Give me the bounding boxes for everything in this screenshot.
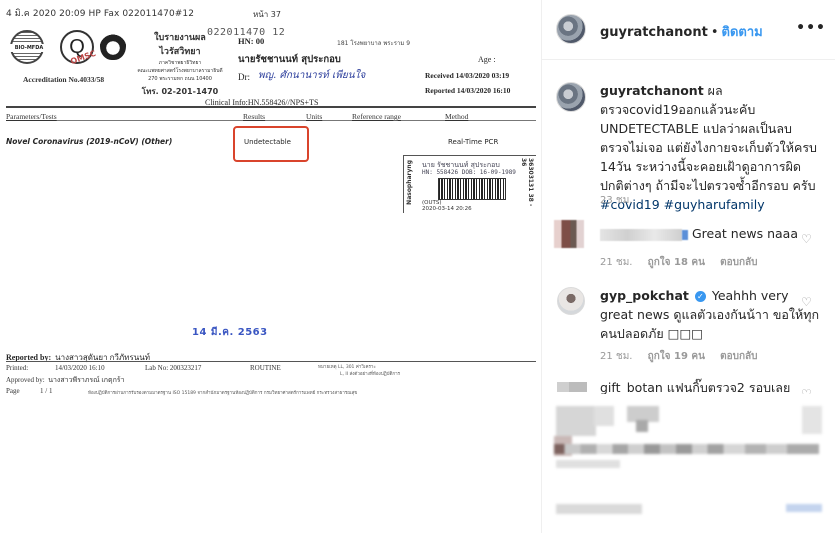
comment-3-avatar-blurred[interactable]: [557, 382, 587, 392]
comment-1-time[interactable]: 21 ชม.: [600, 257, 632, 268]
ward-label: 181 โรงพยาบาล พระราม 9: [337, 38, 410, 48]
header-units: Units: [306, 112, 322, 121]
separator-dot: •: [711, 25, 719, 40]
comment-1-likes[interactable]: ถูกใจ 18 คน: [648, 257, 705, 268]
header-method: Method: [445, 112, 468, 121]
bio-mfda-logo-icon: BIO-MFDA: [10, 30, 44, 64]
result-highlight-box: [233, 126, 309, 162]
reported-by: Reported by: นางสาวสุดันยา กวีภัทรนนท์: [6, 351, 150, 364]
doctor-handwritten-name: พญ. ศักนานารท์ เพียนใจ: [258, 68, 365, 83]
page-label: หน้า 37: [253, 8, 281, 21]
lab-report-image: 4 มิ.ค 2020 20:09 HP Fax 022011470#12 หน…: [0, 0, 540, 533]
comment-1: Great news naaa: [600, 224, 820, 243]
age-label: Age :: [478, 55, 496, 64]
reported-datetime: Reported 14/03/2020 16:10: [425, 86, 510, 95]
printed-label: Printed:: [6, 364, 28, 372]
routine-label: ROUTINE: [250, 364, 281, 372]
sticker-code: 36303131 38 - 36: [520, 158, 534, 213]
comment-1-meta: 21 ชม. ถูกใจ 18 คน ตอบกลับ: [600, 255, 770, 270]
author-username[interactable]: guyratchanont: [600, 25, 708, 40]
barcode-icon: [438, 178, 506, 200]
org-line: คณะแพทยศาสตร์โรงพยาบาลรามาธิบดี: [120, 67, 240, 75]
comment-2-reply-button[interactable]: ตอบกลับ: [720, 351, 757, 362]
specimen-sticker: Nasopharyng นาย รัชชานนท์ สุประกอบ HN: 5…: [403, 155, 536, 213]
accreditation-number: Accreditation No.4033/58: [23, 75, 104, 84]
comment-3: gift_botan แฟนกิ๊บตรวจ2 รอบเลย: [600, 378, 820, 394]
page-count: 1 / 1: [40, 387, 52, 395]
page-footer-label: Page: [6, 387, 20, 395]
comment-2-meta: 21 ชม. ถูกใจ 19 คน ตอบกลับ: [600, 349, 770, 364]
org-line: ภาควิชาพยาธิวิทยา: [120, 59, 240, 67]
comment-2-avatar[interactable]: [557, 287, 585, 315]
caption-time[interactable]: 23 ชม.: [600, 195, 632, 206]
patient-name: นายรัชชานนท์ สุประกอบ: [238, 52, 341, 67]
verified-badge-icon: ✓: [695, 291, 706, 302]
comment-2-username[interactable]: gyp_pokchat: [600, 288, 689, 303]
organization-block: ใบรายงานผล ไวรัสวิทยา ภาควิชาพยาธิวิทยา …: [120, 30, 240, 98]
test-name: Novel Coronavirus (2019-nCoV) (Other): [6, 137, 172, 146]
blurred-username[interactable]: [600, 229, 682, 241]
hn-label: HN: 00: [238, 36, 264, 46]
caption-avatar[interactable]: [556, 82, 586, 112]
received-datetime: Received 14/03/2020 03:19: [425, 71, 509, 80]
author-avatar[interactable]: [556, 14, 586, 44]
sticker-outs: (OUTS) 2020-03-14 20:26: [422, 200, 472, 212]
divider: [6, 106, 536, 108]
doctor-label: Dr:: [238, 72, 250, 82]
like-heart-icon[interactable]: ♡: [801, 296, 813, 308]
comment-3-username[interactable]: gift_botan: [600, 380, 663, 394]
approved-by: Approved by: นางสาวพีราภรณ์ เกตุกร้า: [6, 375, 125, 386]
comment-1-reply-button[interactable]: ตอบกลับ: [720, 257, 757, 268]
author-line: guyratchanont•ติดตาม: [600, 21, 763, 42]
comment-2: gyp_pokchat ✓ Yeahhh very great news ดูแ…: [600, 286, 820, 343]
lab-address-1: หมายเหตุ LL, 301 ค่าวิเคราะ: [318, 363, 376, 370]
caption-meta: 23 ชม.: [600, 193, 644, 208]
org-line: ใบรายงานผล: [120, 30, 240, 44]
caption-body: ผลตรวจcovid19ออกแล้วนะคับ UNDETECTABLE แ…: [600, 83, 817, 193]
follow-button[interactable]: ติดตาม: [722, 25, 763, 40]
org-line: 270 พระรามหก ถนน 10400: [120, 75, 240, 83]
comment-1-text: Great news naaa: [692, 226, 798, 241]
divider: [6, 361, 536, 362]
comment-2-time[interactable]: 21 ชม.: [600, 351, 632, 362]
specimen-type: Nasopharyng: [406, 160, 413, 205]
org-line: ไวรัสวิทยา: [120, 44, 240, 58]
more-options-icon[interactable]: •••: [796, 20, 826, 36]
header-parameters: Parameters/Tests: [6, 112, 57, 121]
printed-datetime: 14/03/2020 16:10: [55, 364, 105, 372]
caption-username[interactable]: guyratchanont: [600, 83, 704, 98]
lab-number: Lab No: 200323217: [145, 364, 201, 372]
sticker-hn-dob: HN: 558426 DOB: 16-09-1989: [422, 169, 516, 176]
fax-header: 4 มิ.ค 2020 20:09 HP Fax 022011470#12: [6, 6, 194, 20]
iso-note: ห้องปฏิบัติการผ่านการรับรองตามมาตรฐาน IS…: [88, 389, 528, 396]
verified-icon: [682, 230, 688, 240]
date-stamp: 14 มี.ค. 2563: [192, 325, 268, 340]
comment-3-text: แฟนกิ๊บตรวจ2 รอบเลย: [667, 380, 790, 394]
header-reference-range: Reference range: [352, 112, 401, 121]
test-method: Real-Time PCR: [448, 138, 498, 146]
comment-2-likes[interactable]: ถูกใจ 19 คน: [648, 351, 705, 362]
header-results: Results: [243, 112, 265, 121]
lab-address-2: L, II ส่งตัวอย่างที่ห้องปฏิบัติการ: [340, 370, 400, 377]
like-heart-icon[interactable]: ♡: [801, 233, 813, 245]
post-header: guyratchanont•ติดตาม •••: [542, 0, 835, 60]
like-heart-icon[interactable]: ♡: [801, 388, 813, 394]
comment-avatar-blurred[interactable]: [554, 220, 584, 248]
pixelated-region: [554, 404, 824, 514]
instagram-comments-panel: guyratchanont•ติดตาม ••• guyratchanont ผ…: [541, 0, 835, 533]
org-phone: โทร. 02-201-1470: [120, 85, 240, 98]
